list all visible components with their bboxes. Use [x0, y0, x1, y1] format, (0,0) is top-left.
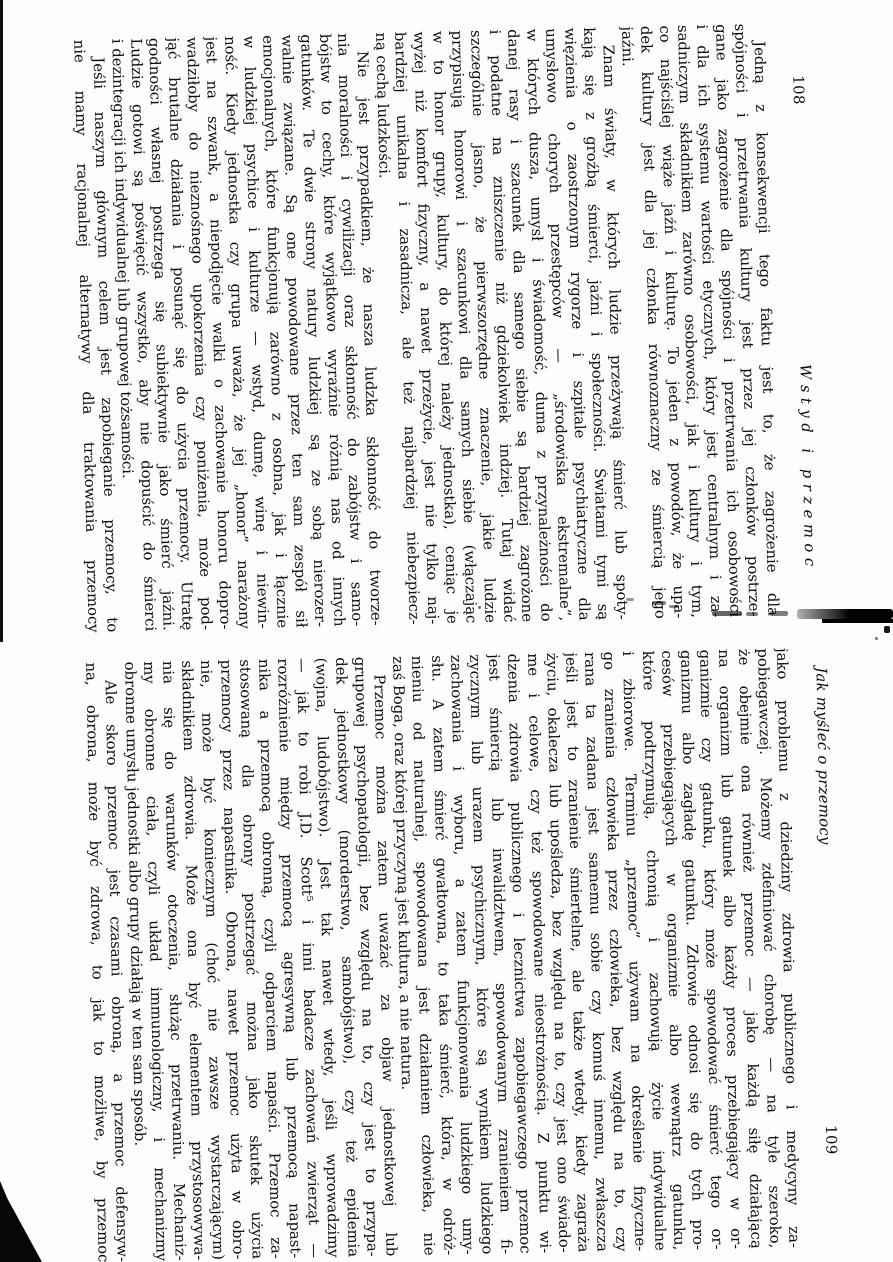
scan-speck — [652, 601, 666, 605]
scan-smudge-streak — [822, 619, 893, 623]
scanned-page-109: Jak myśleć o przemocy 109 jako problemu … — [76, 647, 842, 1262]
scan-smudge-streak — [797, 609, 893, 619]
scan-corner-mark — [0, 1181, 42, 1262]
scan-edge-line — [0, 0, 3, 642]
scan-speck — [746, 612, 758, 616]
scan-speck — [712, 611, 742, 616]
scanned-page-108: 108 Wstyd i przemoc Jedną z konsekwencji… — [64, 22, 820, 633]
page-body-text: Jedną z konsekwencji tego faktu jest to,… — [68, 23, 781, 633]
scan-speck — [875, 637, 878, 640]
scan-speck — [478, 606, 481, 609]
running-head-title: Jak myśleć o przemocy — [811, 667, 834, 845]
page-number: 109 — [821, 1125, 841, 1155]
page-body-text: jako problemu z dziedziny zdrowia public… — [81, 648, 803, 1262]
scan-speck — [626, 598, 634, 601]
scan-speck — [669, 605, 679, 608]
running-head-title: Wstyd i przemoc — [795, 364, 819, 572]
photocopy-scan: { "pages": [ { "page_number": "108", "ru… — [0, 0, 893, 1262]
scan-speck — [884, 626, 890, 633]
scan-speck — [770, 611, 788, 616]
page-number: 108 — [788, 75, 808, 105]
